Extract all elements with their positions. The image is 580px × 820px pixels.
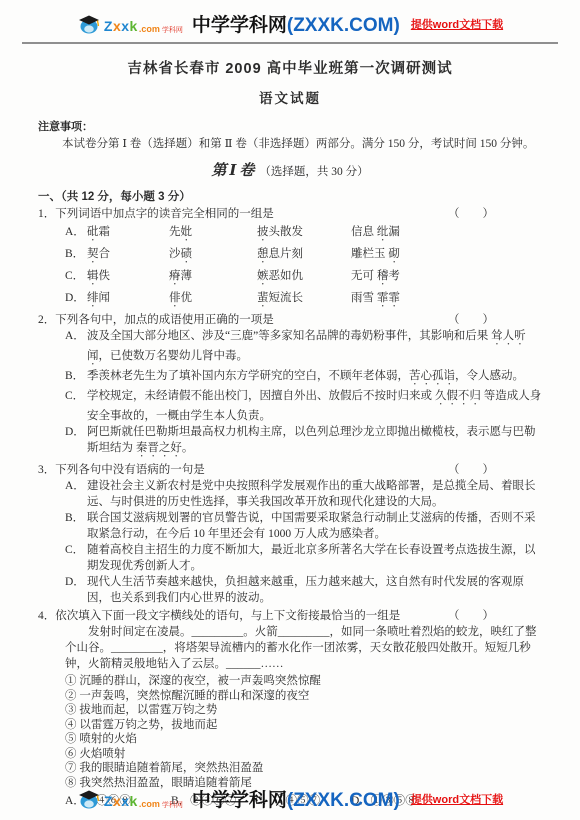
plain-text: 沙: [169, 248, 181, 260]
choice-line-4: ④ 以雷霆万钧之势，拔地而起: [65, 718, 546, 733]
logo-com-text: .com: [139, 24, 160, 34]
notice-text: 本试卷分第 Ⅰ 卷（选择题）和第 Ⅱ 卷（非选择题）两部分。满分 150 分，考…: [62, 137, 540, 152]
dotted-text: 碛: [181, 248, 193, 260]
site-title: 中学学科网(ZXXK.COM): [192, 10, 400, 37]
word: 沙碛: [169, 244, 257, 266]
plain-text: 雕栏玉: [351, 248, 388, 260]
dotted-text: 苦心孤诣: [409, 370, 455, 382]
dotted-text: 砒: [87, 226, 99, 238]
plain-text: 头散发: [269, 226, 304, 238]
word: 憩息片刻: [257, 244, 351, 266]
volume-title: 第Ⅰ卷: [211, 163, 257, 179]
plain-text: 季羡林老先生为了填补国内东方学研究的空白，不顾年老体弱，: [87, 370, 409, 382]
choice-line-6: ⑥ 火焰喷射: [65, 747, 546, 762]
word: 砒霜: [87, 222, 169, 244]
plain-text: x: [113, 18, 121, 34]
word: 蜚短流长: [257, 288, 351, 310]
word: 瘠薄: [169, 266, 257, 288]
plain-text: Z: [104, 18, 113, 34]
plain-text: Z: [104, 793, 113, 809]
plain-text: 霜: [99, 226, 111, 238]
answer-paren: （ ）: [448, 462, 546, 478]
plain-text: k: [130, 18, 138, 34]
question-2-stem: 2．下列各句中，加点的成语使用正确的一项是 （ ）: [38, 312, 546, 328]
logo-badge-text: 学科网: [162, 27, 183, 34]
plain-text: 雨雪: [351, 292, 377, 304]
word: 契合: [87, 244, 169, 266]
option-label: A．: [65, 222, 87, 244]
plain-text: 优: [181, 292, 193, 304]
option-text: 波及全国大部分地区、涉及“三鹿”等多家知名品牌的毒奶粉事件，其影响和后果 耸人听…: [87, 328, 546, 368]
word: 雨雪 霏霏: [351, 288, 546, 310]
dotted-text: 绯: [87, 292, 99, 304]
dotted-text: 披: [257, 226, 269, 238]
option-text: 学校规定，未经请假不能出校门，因擅自外出、放假后不按时归来或 久假不归 等造成人…: [87, 388, 546, 424]
word: 绯闻: [87, 288, 169, 310]
question-2: 2．下列各句中，加点的成语使用正确的一项是 （ ） A． 波及全国大部分地区、涉…: [38, 312, 546, 460]
zxxk-logo: Zxxk.com 学科网: [77, 13, 183, 34]
word: 嫉恶如仇: [257, 266, 351, 288]
site-title-cn: 中学学科网: [192, 15, 287, 36]
option-label: D．: [65, 288, 87, 310]
question-1: 1．下列词语中加点字的读音完全相同的一组是 （ ） A． 砒霜 先妣 披头散发 …: [38, 206, 546, 310]
option-label: C．: [65, 542, 87, 574]
q3-option-b: B． 联合国艾滋病规划署的官员警告说，中国需要采取紧急行动制止艾滋病的传播，否则…: [65, 510, 546, 542]
choice-line-2: ② 一声轰鸣，突然惊醒沉睡的群山和深邃的夜空: [65, 689, 546, 704]
plain-text: 学校规定，未经请假不能出校门，因擅自外出、放假后不按时归来或: [87, 390, 435, 402]
plain-text: 波及全国大部分地区、涉及“三鹿”等多家知名品牌的毒奶粉事件，其影响和后果: [87, 330, 491, 342]
option-label: C．: [65, 388, 87, 424]
dotted-text: 憩: [257, 248, 269, 260]
logo-com-text: .com: [139, 799, 160, 809]
question-3-text: 3．下列各句中没有语病的一句是: [38, 462, 205, 478]
q3-option-c: C．随着高校自主招生的力度不断加大，最近北京多所著名大学在长春设置考点选拔生源，…: [65, 542, 546, 574]
logo-wordmark: Zxxk: [104, 793, 138, 809]
dotted-text: 妣: [181, 226, 193, 238]
choice-line-3: ③ 拔地而起，以雷霆万钧之势: [65, 703, 546, 718]
dotted-text: 久假不归: [435, 390, 481, 402]
plain-text: 恶如仇: [269, 270, 304, 282]
q1-option-c: C． 辑佚 瘠薄 嫉恶如仇 无可 稽考: [65, 266, 546, 288]
q1-option-b: B． 契合 沙碛 憩息片刻 雕栏玉 砌: [65, 244, 546, 266]
option-label: D．: [65, 574, 87, 606]
q3-option-a: A． 建设社会主义新农村是党中央按照科学发展观作出的重大战略部署，是总揽全局、着…: [65, 478, 546, 510]
option-label: B．: [65, 368, 87, 388]
q4-choices-list: ① 沉睡的群山，深邃的夜空，被一声轰鸣突然惊醒 ② 一声轰鸣，突然惊醒沉睡的群山…: [65, 674, 546, 790]
plain-text: x: [121, 18, 129, 34]
question-2-text: 2．下列各句中，加点的成语使用正确的一项是: [38, 312, 274, 328]
dotted-text: 霏霏: [377, 292, 400, 304]
q2-option-a: A． 波及全国大部分地区、涉及“三鹿”等多家知名品牌的毒奶粉事件，其影响和后果 …: [65, 328, 546, 368]
exam-title: 吉林省长春市 2009 高中毕业班第一次调研测试: [0, 57, 580, 78]
word: 披头散发: [257, 222, 351, 244]
plain-text: k: [130, 793, 138, 809]
plain-text: 考: [388, 270, 400, 282]
dotted-text: 俳: [169, 292, 181, 304]
option-text: 现代人生活节奏越来越快，负担越来越重，压力越来越大，这自然有时代发展的客观原因，…: [87, 574, 546, 606]
site-title-en: (ZXXK.COM): [287, 15, 400, 36]
word: 雕栏玉 砌: [351, 244, 546, 266]
word: 先妣: [169, 222, 257, 244]
site-title-footer: 中学学科网(ZXXK.COM): [192, 785, 400, 812]
graduate-mascot-icon: [77, 788, 103, 809]
q1-option-d: D． 绯闻 俳优 蜚短流长 雨雪 霏霏: [65, 288, 546, 310]
question-4-text: 4．依次填入下面一段文字横线处的语句，与上下文衔接最恰当的一组是: [38, 608, 400, 624]
site-footer: Zxxk.com 学科网 中学学科网(ZXXK.COM) 提供word文档下载: [0, 775, 580, 812]
choice-line-1: ① 沉睡的群山，深邃的夜空，被一声轰鸣突然惊醒: [65, 674, 546, 689]
option-label: C．: [65, 266, 87, 288]
q3-option-d: D． 现代人生活节奏越来越快，负担越来越重，压力越来越大，这自然有时代发展的客观…: [65, 574, 546, 606]
dotted-text: 秦晋之好: [136, 442, 182, 454]
plain-text: x: [121, 793, 129, 809]
option-label: D．: [65, 424, 87, 460]
site-title-en: (ZXXK.COM): [287, 790, 400, 811]
q2-option-c: C． 学校规定，未经请假不能出校门，因擅自外出、放假后不按时归来或 久假不归 等…: [65, 388, 546, 424]
answer-paren: （ ）: [448, 608, 546, 624]
exam-page: Zxxk.com 学科网 中学学科网(ZXXK.COM) 提供word文档下载 …: [0, 0, 580, 820]
plain-text: 先: [169, 226, 181, 238]
word: 信息 纰漏: [351, 222, 546, 244]
graduate-mascot-icon: [77, 13, 103, 34]
site-header: Zxxk.com 学科网 中学学科网(ZXXK.COM) 提供word文档下载: [0, 0, 580, 37]
dotted-text: 辑: [87, 270, 99, 282]
word: 俳优: [169, 288, 257, 310]
plain-text: 信息: [351, 226, 377, 238]
option-label: B．: [65, 244, 87, 266]
dotted-text: 纰: [377, 226, 389, 238]
subject-title: 语文试题: [0, 87, 580, 107]
zxxk-logo-footer: Zxxk.com 学科网: [77, 788, 183, 809]
word: 无可 稽考: [351, 266, 546, 288]
plain-text: x: [113, 793, 121, 809]
plain-text: 。: [182, 442, 194, 454]
plain-text: 闻: [99, 292, 111, 304]
option-text: 阿巴斯就任巴勒斯坦最高权力机构主席，以色列总理沙龙立即抛出橄榄枝，表示愿与巴勒斯…: [87, 424, 546, 460]
plain-text: 漏: [388, 226, 400, 238]
word-download-link[interactable]: 提供word文档下载: [411, 16, 503, 32]
dotted-text: 契: [87, 248, 99, 260]
volume-heading: 第Ⅰ卷（选择题，共 30 分）: [0, 159, 580, 180]
q2-option-d: D． 阿巴斯就任巴勒斯坦最高权力机构主席，以色列总理沙龙立即抛出橄榄枝，表示愿与…: [65, 424, 546, 460]
plain-text: 无可: [351, 270, 377, 282]
plain-text: 息片刻: [269, 248, 304, 260]
dotted-text: 嫉: [257, 270, 269, 282]
dotted-text: 瘠: [169, 270, 181, 282]
volume-subtitle: （选择题，共 30 分）: [259, 166, 368, 178]
dotted-text: 砌: [388, 248, 400, 260]
plain-text: 薄: [181, 270, 193, 282]
option-label: A．: [65, 328, 87, 368]
answer-paren: （ ）: [448, 312, 546, 328]
q4-passage: 发射时间定在凌晨。_________。火箭_________，如同一条喷吐着烈焰…: [65, 624, 546, 672]
q1-option-a: A． 砒霜 先妣 披头散发 信息 纰漏: [65, 222, 546, 244]
part-one-title: 一、（共 12 分，每小题 3 分）: [38, 188, 580, 204]
logo-wordmark: Zxxk: [104, 18, 138, 34]
option-text: 随着高校自主招生的力度不断加大，最近北京多所著名大学在长春设置考点选拔生源，以期…: [87, 542, 546, 574]
option-text: 季羡林老先生为了填补国内东方学研究的空白，不顾年老体弱，苦心孤诣，令人感动。: [87, 368, 546, 388]
plain-text: ，已使数万名婴幼儿肾中毒。: [99, 350, 249, 362]
header-divider: [22, 42, 558, 44]
dotted-text: 稽: [377, 270, 389, 282]
word-download-link-footer[interactable]: 提供word文档下载: [411, 791, 503, 807]
site-title-cn: 中学学科网: [192, 790, 287, 811]
option-text: 建设社会主义新农村是党中央按照科学发展观作出的重大战略部署，是总揽全局、着眼长远…: [87, 478, 546, 510]
option-text: 联合国艾滋病规划署的官员警告说，中国需要采取紧急行动制止艾滋病的传播，否则不采取…: [87, 510, 546, 542]
answer-paren: （ ）: [448, 206, 546, 222]
plain-text: ，令人感动。: [455, 370, 524, 382]
question-3-stem: 3．下列各句中没有语病的一句是 （ ）: [38, 462, 546, 478]
plain-text: 合: [99, 248, 111, 260]
choice-line-7: ⑦ 我的眼睛追随着箭尾，突然热泪盈盈: [65, 761, 546, 776]
plain-text: 短流长: [269, 292, 304, 304]
dotted-text: 蜚: [257, 292, 269, 304]
option-label: A．: [65, 478, 87, 510]
question-1-text: 1．下列词语中加点字的读音完全相同的一组是: [38, 206, 274, 222]
logo-badge-text: 学科网: [162, 802, 183, 809]
question-4-stem: 4．依次填入下面一段文字横线处的语句，与上下文衔接最恰当的一组是 （ ）: [38, 608, 546, 624]
plain-text: 佚: [99, 270, 111, 282]
option-label: B．: [65, 510, 87, 542]
q2-option-b: B． 季羡林老先生为了填补国内东方学研究的空白，不顾年老体弱，苦心孤诣，令人感动…: [65, 368, 546, 388]
question-3: 3．下列各句中没有语病的一句是 （ ） A． 建设社会主义新农村是党中央按照科学…: [38, 462, 546, 606]
notice-label: 注意事项：: [38, 118, 580, 134]
word: 辑佚: [87, 266, 169, 288]
choice-line-5: ⑤ 喷射的火焰: [65, 732, 546, 747]
question-1-stem: 1．下列词语中加点字的读音完全相同的一组是 （ ）: [38, 206, 546, 222]
